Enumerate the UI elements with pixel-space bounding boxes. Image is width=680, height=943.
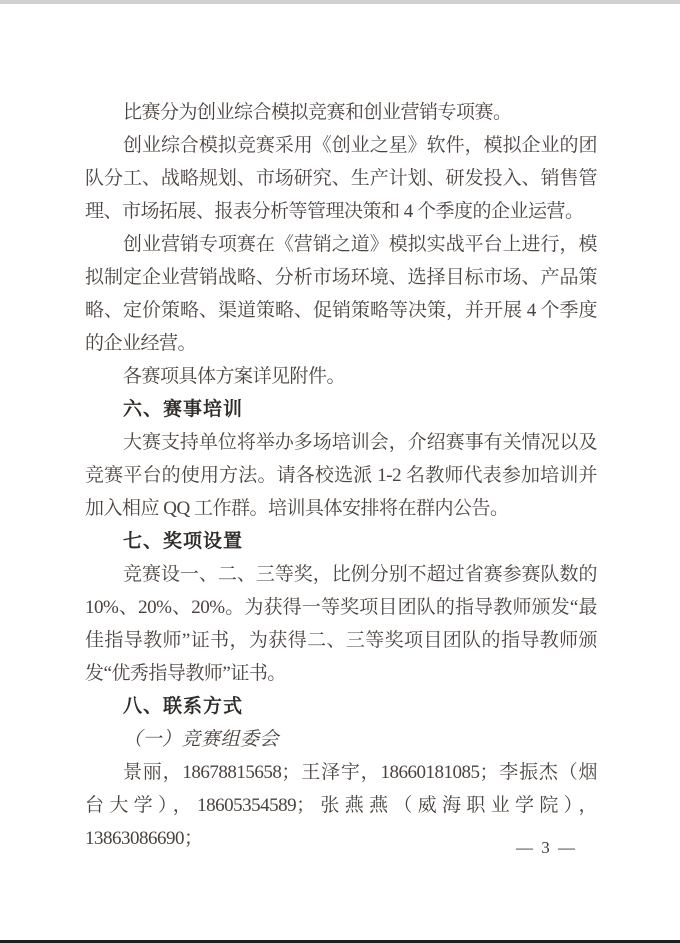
- paragraph-simulation-contest: 创业综合模拟竞赛采用《创业之星》软件，模拟企业的团队分工、战略规划、市场研究、生…: [85, 129, 597, 228]
- paragraph-competition-split: 比赛分为创业综合模拟竞赛和创业营销专项赛。: [85, 96, 597, 129]
- paragraph-see-attachment: 各赛项具体方案详见附件。: [85, 360, 597, 393]
- page-top-edge: [0, 0, 680, 4]
- heading-awards: 七、奖项设置: [85, 525, 597, 558]
- document-body: 比赛分为创业综合模拟竞赛和创业营销专项赛。 创业综合模拟竞赛采用《创业之星》软件…: [85, 96, 597, 855]
- subheading-organizing-committee: （一）竞赛组委会: [85, 723, 597, 756]
- heading-contact: 八、联系方式: [85, 690, 597, 723]
- document-page: 比赛分为创业综合模拟竞赛和创业营销专项赛。 创业综合模拟竞赛采用《创业之星》软件…: [0, 0, 680, 943]
- paragraph-awards-details: 竞赛设一、二、三等奖，比例分别不超过省赛参赛队数的 10%、20%、20%。为获…: [85, 558, 597, 690]
- heading-training: 六、赛事培训: [85, 393, 597, 426]
- paragraph-marketing-contest: 创业营销专项赛在《营销之道》模拟实战平台上进行，模拟制定企业营销战略、分析市场环…: [85, 228, 597, 360]
- page-number: — 3 —: [516, 838, 577, 858]
- paragraph-training-details: 大赛支持单位将举办多场培训会，介绍赛事有关情况以及竞赛平台的使用方法。请各校选派…: [85, 426, 597, 525]
